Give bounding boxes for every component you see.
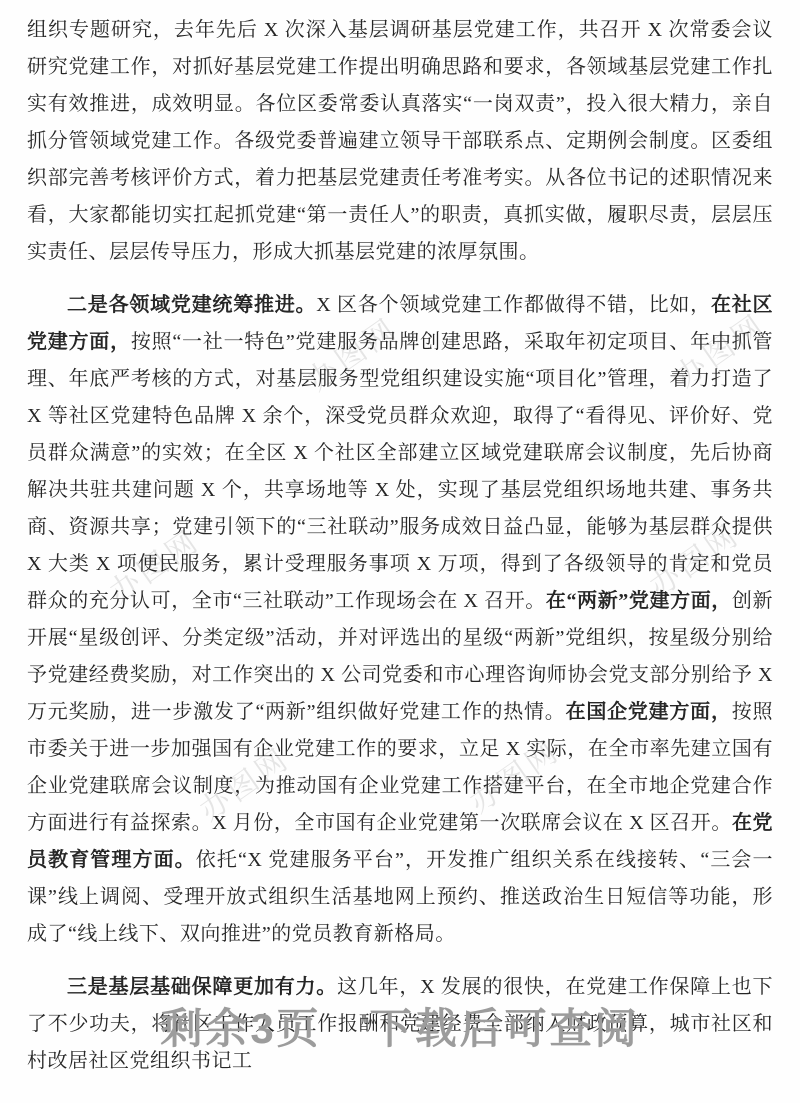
subheading-two-new: 在“两新”党建方面， <box>546 590 732 612</box>
download-hint-label: 下载后可查阅 <box>370 1005 640 1052</box>
document-body: 组织专题研究，去年先后 X 次深入基层调研基层党建工作，共召开 X 次常委会议研… <box>27 12 773 1096</box>
paragraph-section-two: 二是各领域党建统筹推进。X 区各个领域党建工作都做得不错，比如，在社区党建方面，… <box>27 287 773 953</box>
document-page: 办图网 办图网 办图网 办图网 办图网 办图网 组织专题研究，去年先后 X 次深… <box>0 0 800 1103</box>
subheading-soe: 在国企党建方面， <box>566 701 732 723</box>
section-heading: 三是基层基础保障更加有力。 <box>67 976 337 998</box>
paragraph-overview: 组织专题研究，去年先后 X 次深入基层调研基层党建工作，共召开 X 次常委会议研… <box>27 12 773 271</box>
paragraph-text: 组织专题研究，去年先后 X 次深入基层调研基层党建工作，共召开 X 次常委会议研… <box>27 19 773 263</box>
paragraph-text: 按照“一社一特色”党建服务品牌创建思路，采取年初定项目、年中抓管理、年底严考核的… <box>27 331 773 612</box>
section-heading: 二是各领域党建统筹推进。 <box>67 294 316 316</box>
remaining-pages-banner: 剩余3页下载后可查阅 <box>0 996 800 1056</box>
paragraph-text: X 区各个领域党建工作都做得不错，比如， <box>316 294 711 316</box>
remaining-pages-label: 剩余3页 <box>160 1005 321 1052</box>
